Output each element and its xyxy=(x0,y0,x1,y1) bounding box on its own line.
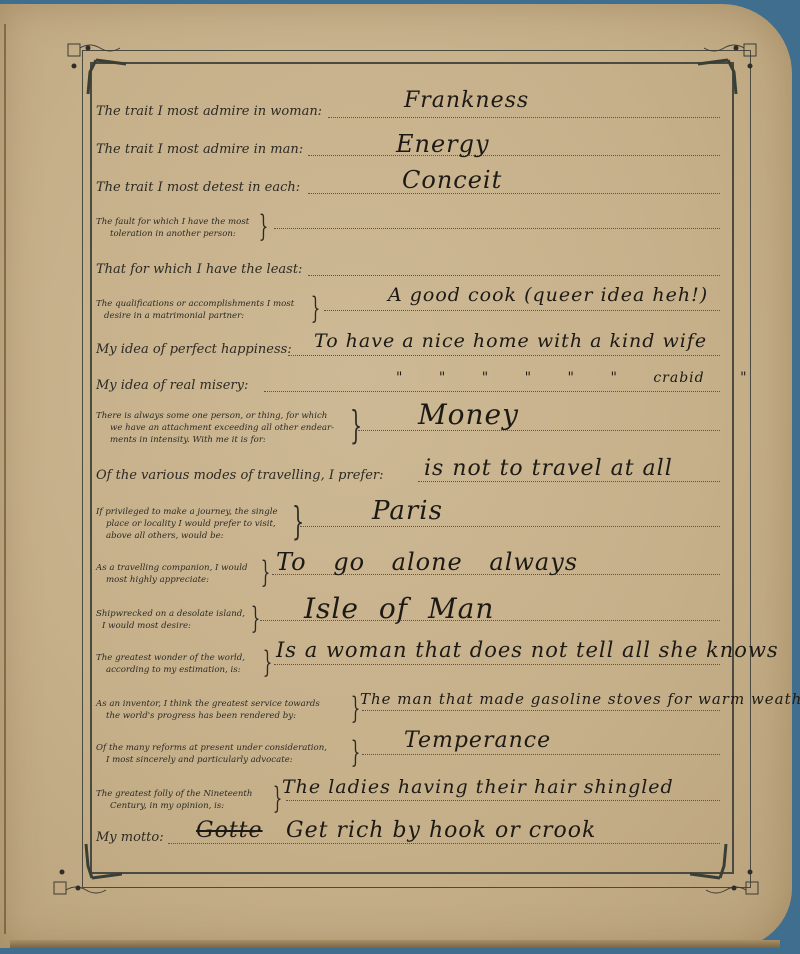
prompt-line: Shipwrecked on a desolate island, xyxy=(96,609,245,619)
brace-icon: } xyxy=(351,738,361,768)
entry-admire-man: The trait I most admire in man: Energy xyxy=(96,138,720,160)
prompt-line: Of the many reforms at present under con… xyxy=(96,743,327,753)
prompt-line: The greatest wonder of the world, xyxy=(96,653,245,663)
prompt-line: As a travelling companion, I would xyxy=(96,563,248,573)
answer: Isle of Man xyxy=(304,592,494,625)
prompt-line: I most sincerely and particularly advoca… xyxy=(96,755,293,765)
prompt: My idea of real misery: xyxy=(96,378,248,393)
brace-icon: } xyxy=(351,694,361,724)
prompt-line: The qualifications or accomplishments I … xyxy=(96,299,294,309)
answer: Paris xyxy=(372,496,443,526)
prompt: If privileged to make a journey, the sin… xyxy=(96,506,278,542)
answer: Get rich by hook or crook xyxy=(286,818,596,843)
prompt: As a travelling companion, I wouldmost h… xyxy=(96,562,248,586)
prompt: The greatest wonder of the world,accordi… xyxy=(96,652,245,676)
brace-icon: } xyxy=(251,604,261,634)
prompt-line: As an inventor, I think the greatest ser… xyxy=(96,699,320,709)
prompt: There is always some one person, or thin… xyxy=(96,410,334,446)
page-edge-left xyxy=(4,24,6,934)
brace-icon: } xyxy=(263,648,273,678)
brace-icon: } xyxy=(292,506,304,536)
entry-matrimonial: The qualifications or accomplishments I … xyxy=(96,296,720,326)
entry-fault-toleration: The fault for which I have the mosttoler… xyxy=(96,214,720,244)
prompt-line: the world's progress has been rendered b… xyxy=(96,711,296,721)
answer-line xyxy=(308,193,720,194)
prompt-line: The greatest folly of the Nineteenth xyxy=(96,789,252,799)
prompt: The greatest folly of the NineteenthCent… xyxy=(96,788,252,812)
prompt: The trait I most admire in man: xyxy=(96,142,303,157)
prompt-line: The fault for which I have the most xyxy=(96,217,249,227)
entry-companion: As a travelling companion, I wouldmost h… xyxy=(96,560,720,590)
prompt: Of the many reforms at present under con… xyxy=(96,742,327,766)
prompt-line: toleration in another person: xyxy=(96,229,236,239)
struck-answer: Gotte xyxy=(196,818,263,843)
corner-ornament-top-left-icon xyxy=(66,36,136,96)
answer-line xyxy=(358,430,720,431)
answer-line xyxy=(324,310,720,311)
corner-ornament-bottom-right-icon xyxy=(690,842,760,902)
prompt: Of the various modes of travelling, I pr… xyxy=(96,468,384,483)
prompt: My motto: xyxy=(96,830,164,845)
entry-attachment: There is always some one person, or thin… xyxy=(96,410,720,454)
answer: A good cook (queer idea heh!) xyxy=(388,284,708,306)
answer: Conceit xyxy=(402,166,502,194)
entry-greatest-wonder: The greatest wonder of the world,accordi… xyxy=(96,650,720,680)
prompt: My idea of perfect happiness: xyxy=(96,342,292,357)
entry-inventor: As an inventor, I think the greatest ser… xyxy=(96,696,720,726)
answer-line xyxy=(300,526,720,527)
prompt-line: If privileged to make a journey, the sin… xyxy=(96,507,278,517)
answer: To have a nice home with a kind wife xyxy=(314,330,707,352)
prompt: That for which I have the least: xyxy=(96,262,302,277)
prompt-line: most highly appreciate: xyxy=(96,575,209,585)
entry-motto: My motto: Gotte Get rich by hook or croo… xyxy=(96,826,720,848)
prompt: As an inventor, I think the greatest ser… xyxy=(96,698,320,722)
answer: Frankness xyxy=(404,88,529,113)
answer: Energy xyxy=(396,130,490,158)
corner-ornament-top-right-icon xyxy=(688,36,758,96)
prompt-line: place or locality I would prefer to visi… xyxy=(96,519,276,529)
answer: Money xyxy=(418,398,519,431)
prompt-line: we have an attachment exceeding all othe… xyxy=(96,423,334,433)
answer-line xyxy=(274,664,720,665)
corner-ornament-bottom-left-icon xyxy=(52,842,122,902)
prompt: The trait I most admire in woman: xyxy=(96,104,322,119)
prompt-line: according to my estimation, is: xyxy=(96,665,241,675)
answer-line xyxy=(362,754,720,755)
prompt-line: ments in intensity. With me it is for: xyxy=(96,435,266,445)
answer: The man that made gasoline stoves for wa… xyxy=(360,690,800,708)
page-edge-bottom xyxy=(10,940,780,948)
answer: The ladies having their hair shingled xyxy=(282,776,674,798)
entry-shipwrecked: Shipwrecked on a desolate island,I would… xyxy=(96,606,720,636)
entry-travel-mode: Of the various modes of travelling, I pr… xyxy=(96,464,720,486)
prompt-line: Century, in my opinion, is: xyxy=(96,801,224,811)
answer-line xyxy=(328,117,720,118)
entry-detest: The trait I most detest in each: Conceit xyxy=(96,176,720,198)
prompt-line: There is always some one person, or thin… xyxy=(96,411,327,421)
brace-icon: } xyxy=(261,558,271,588)
prompt: The qualifications or accomplishments I … xyxy=(96,298,294,322)
entry-least-toleration: That for which I have the least: xyxy=(96,260,720,282)
answer: is not to travel at all xyxy=(424,456,673,481)
answer: Is a woman that does not tell all she kn… xyxy=(276,638,779,662)
prompt: The trait I most detest in each: xyxy=(96,180,300,195)
entry-misery: My idea of real misery: " " " " " " crab… xyxy=(96,376,720,398)
entry-folly: The greatest folly of the NineteenthCent… xyxy=(96,786,720,816)
entry-admire-woman: The trait I most admire in woman: Frankn… xyxy=(96,100,720,122)
brace-icon: } xyxy=(350,410,362,440)
answer-line xyxy=(308,155,720,156)
answer: Temperance xyxy=(404,728,551,753)
prompt-line: above all others, would be: xyxy=(96,531,224,541)
entry-happiness: My idea of perfect happiness: To have a … xyxy=(96,338,720,360)
entry-journey: If privileged to make a journey, the sin… xyxy=(96,506,720,550)
answer-line xyxy=(286,800,720,801)
answer: " " " " " " crabid " xyxy=(396,370,748,386)
answer-line xyxy=(308,275,720,276)
answer-line xyxy=(288,355,720,356)
prompt: The fault for which I have the mosttoler… xyxy=(96,216,249,240)
brace-icon: } xyxy=(259,212,269,242)
brace-icon: } xyxy=(273,784,283,814)
brace-icon: } xyxy=(311,294,321,324)
answer-line xyxy=(274,228,720,229)
prompt-line: desire in a matrimonial partner: xyxy=(96,311,244,321)
prompt: Shipwrecked on a desolate island,I would… xyxy=(96,608,245,632)
answer-line xyxy=(168,843,720,844)
answer: To go alone always xyxy=(276,548,578,576)
answer-line xyxy=(362,710,720,711)
prompt-line: I would most desire: xyxy=(96,621,191,631)
entry-reforms: Of the many reforms at present under con… xyxy=(96,740,720,770)
answer-line xyxy=(264,391,720,392)
answer-line xyxy=(418,481,720,482)
